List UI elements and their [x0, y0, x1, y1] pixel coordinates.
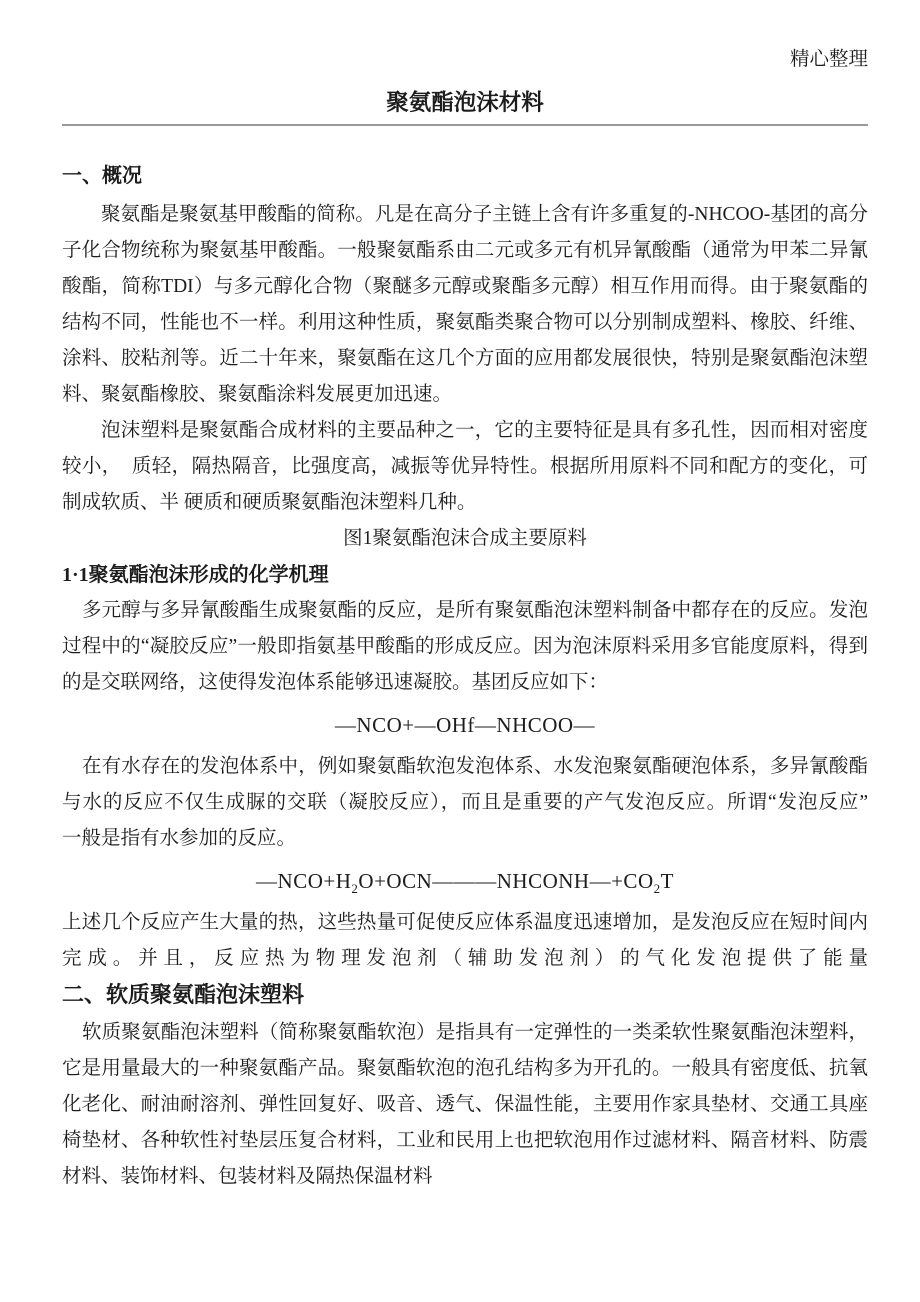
formula-blow-reaction: —NCO+H2O+OCN———NHCONH—+CO2T — [62, 863, 868, 899]
mechanism-paragraph-2: 在有水存在的发泡体系中，例如聚氨酯软泡发泡体系、水发泡聚氨酯硬泡体系，多异氰酸酯… — [62, 749, 868, 857]
paragraph-text: 上述几个反应产生大量的热，这些热量可促使反应体系温度迅速增加，是发泡反应在短时间… — [62, 912, 868, 969]
document-page: 精心整理 聚氨酯泡沫材料 一、概况 聚氨酯是聚氨基甲酸酯的简称。凡是在高分子主链… — [0, 0, 920, 1302]
formula-subscript: 2 — [654, 881, 661, 896]
formula-gel-reaction: —NCO+—OHf—NHCOO— — [62, 707, 868, 743]
document-title: 聚氨酯泡沫材料 — [62, 89, 868, 126]
overview-paragraph-1: 聚氨酯是聚氨基甲酸酯的简称。凡是在高分子主链上含有许多重复的-NHCOO-基团的… — [62, 197, 868, 413]
soft-foam-paragraph-1: 软质聚氨酯泡沫塑料（简称聚氨酯软泡）是指具有一定弹性的一类柔软性聚氨酯泡沫塑料，… — [62, 1015, 868, 1195]
mechanism-paragraph-3: 上述几个反应产生大量的热，这些热量可促使反应体系温度迅速增加，是发泡反应在短时间… — [62, 905, 868, 1015]
header-watermark: 精心整理 — [62, 0, 868, 73]
figure-caption: 图1聚氨酯泡沫合成主要原料 — [62, 521, 868, 557]
heading-soft-foam: 二、软质聚氨酯泡沫塑料 — [62, 982, 304, 1007]
formula-part: O+OCN———NHCONH—+CO — [358, 869, 653, 893]
mechanism-paragraph-1: 多元醇与多异氰酸酯生成聚氨酯的反应，是所有聚氨酯泡沫塑料制备中都存在的反应。发泡… — [62, 593, 868, 701]
formula-part: —NCO+H — [256, 869, 351, 893]
formula-part: T — [661, 869, 674, 893]
overview-paragraph-2: 泡沫塑料是聚氨酯合成材料的主要品种之一，它的主要特征是具有多孔性，因而相对密度较… — [62, 413, 868, 521]
heading-overview: 一、概况 — [62, 162, 868, 190]
heading-chemical-mechanism: 1·1聚氨酯泡沫形成的化学机理 — [62, 557, 868, 593]
